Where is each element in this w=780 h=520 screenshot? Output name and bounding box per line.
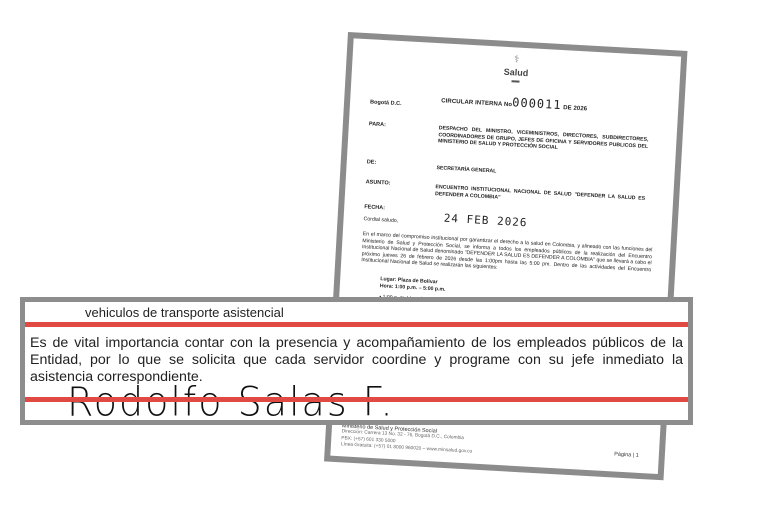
asunto-value: ENCUENTRO INSTITUCIONAL NACIONAL DE SALU… [435,184,645,209]
de-value: SECRETARÍA GENERAL [436,165,646,183]
red-underline-bottom [25,397,688,402]
de-label: DE: [367,159,377,167]
ministry-logo: ⚕ Salud [352,46,681,91]
date-stamp: 24 FEB 2026 [443,212,527,230]
greeting: Cordial saludo, [363,216,398,225]
document-footer: Ministerio de Salud y Protección Social … [341,423,474,456]
asunto-label: ASUNTO: [365,179,390,187]
para-label: PARA: [369,121,386,129]
page-number: Página | 1 [614,452,639,459]
circular-year: DE 2026 [563,105,587,112]
circular-prefix: CIRCULAR INTERNA No [441,98,512,108]
fecha-label: FECHA: [364,204,385,212]
city: Bogotá D.C. [370,99,402,108]
highlighted-excerpt: vehiculos de transporte asistencial Es d… [20,297,693,425]
logo-bar [511,80,519,82]
para-value: DESPACHO DEL MINISTRO, VICEMINISTROS, DI… [438,125,649,156]
red-underline-top [25,322,688,327]
body-paragraph: En el marco del compromiso institucional… [361,231,652,280]
circular-number: 000011 [512,95,562,112]
excerpt-previous-line: vehiculos de transporte asistencial [85,305,284,320]
